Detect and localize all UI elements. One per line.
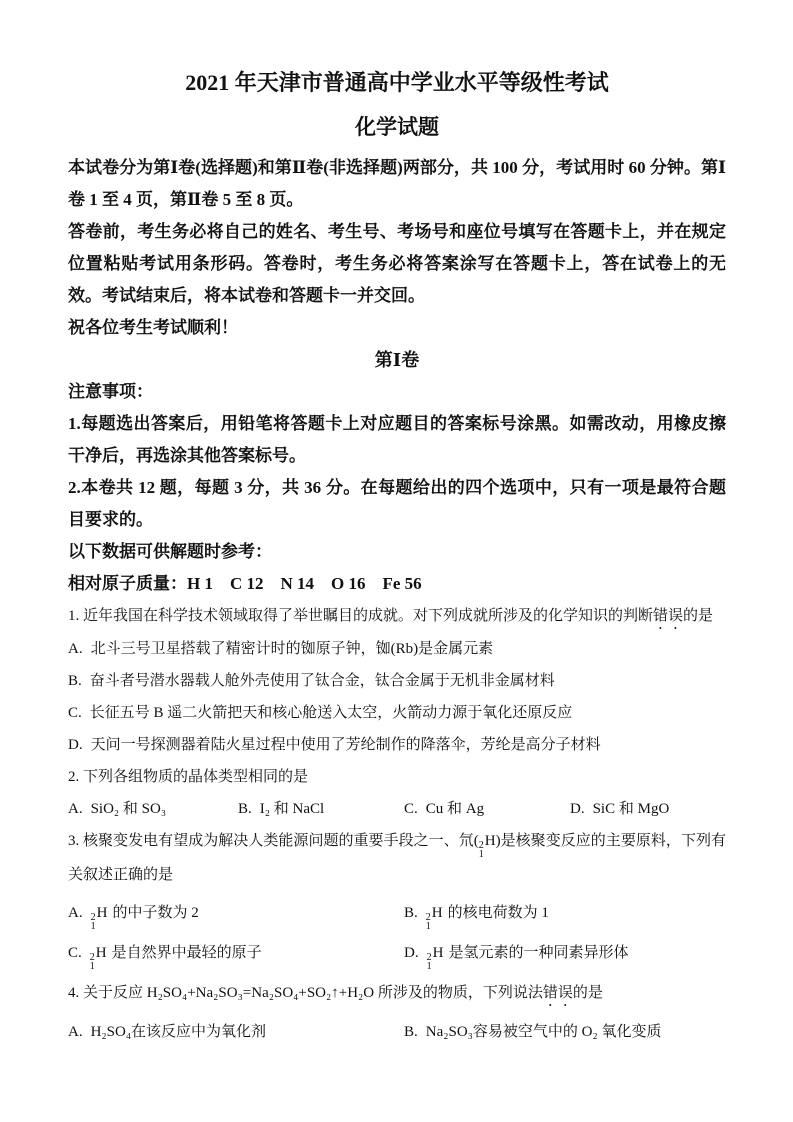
option-label: A.: [68, 801, 83, 817]
question-4-option-a: A.H₂SO₄在该反应中为氧化剂: [68, 1016, 404, 1048]
question-3-option-d: D.21H是氢元素的一种同素异形体: [404, 937, 628, 971]
option-label: B.: [68, 673, 82, 689]
question-1-stem-emphasis: 错误: [653, 608, 683, 624]
question-3-options-row-1: A.21H的中子数为 2 B.21H的核电荷数为 1: [68, 897, 726, 931]
option-label: A.: [68, 905, 83, 921]
option-text: 长征五号 B 遥二火箭把天和核心舱送入太空，火箭动力源于氧化还原反应: [90, 705, 573, 721]
option-label: D.: [404, 945, 419, 961]
option-text: 奋斗者号潜水器载人舱外壳使用了钛合金，钛合金属于无机非金属材料: [90, 673, 555, 689]
question-2: 2. 下列各组物质的晶体类型相同的是 A.SiO₂ 和 SO₃ B.I₂ 和 N…: [68, 761, 726, 825]
option-text: 北斗三号卫星搭载了精密计时的铷原子钟，铷(Rb)是金属元素: [91, 641, 494, 657]
isotope-symbol: H: [433, 945, 444, 961]
question-4-stem-post: 的是: [573, 985, 603, 1001]
isotope-notation: 21H: [90, 945, 107, 961]
option-text: 天问一号探测器着陆火星过程中使用了芳纶制作的降落伞，芳纶是高分子材料: [91, 737, 601, 753]
option-text: H₂SO₄在该反应中为氧化剂: [91, 1024, 266, 1040]
question-4: 4. 关于反应 H₂SO₄+Na₂SO₃=Na₂SO₄+SO₂↑+H₂O 所涉及…: [68, 977, 726, 1048]
option-label: D.: [570, 801, 585, 817]
question-3: 3. 核聚变发电有望成为解决人类能源问题的重要手段之一、氘(21H)是核聚变反应…: [68, 825, 726, 971]
isotope-notation: 21H: [479, 833, 496, 849]
question-3-stem: 3. 核聚变发电有望成为解决人类能源问题的重要手段之一、氘(21H)是核聚变反应…: [68, 825, 726, 891]
question-2-option-d: D.SiC 和 MgO: [570, 793, 669, 825]
option-text: I₂ 和 NaCl: [260, 801, 324, 817]
question-4-stem-emphasis: 错误: [543, 985, 573, 1001]
intro-wish: 祝各位考生考试顺利！: [68, 312, 726, 344]
option-label: C.: [68, 705, 82, 721]
question-1-stem: 1. 近年我国在科学技术领域取得了举世瞩目的成就。对下列成就所涉及的化学知识的判…: [68, 600, 726, 633]
question-3-option-a: A.21H的中子数为 2: [68, 897, 404, 931]
option-text: SiC 和 MgO: [593, 801, 670, 817]
question-2-stem: 2. 下列各组物质的晶体类型相同的是: [68, 761, 726, 793]
isotope-atomic-number: 1: [91, 922, 96, 931]
question-1-stem-pre: 1. 近年我国在科学技术领域取得了举世瞩目的成就。对下列成就所涉及的化学知识的判…: [68, 608, 653, 624]
isotope-atomic-number: 1: [427, 962, 432, 971]
question-4-stem-pre: 4. 关于反应 H₂SO₄+Na₂SO₃=Na₂SO₄+SO₂↑+H₂O 所涉及…: [68, 985, 543, 1001]
question-4-options: A.H₂SO₄在该反应中为氧化剂 B.Na₂SO₃容易被空气中的 O₂ 氧化变质: [68, 1016, 726, 1048]
question-3-options-row-2: C.21H是自然界中最轻的原子 D.21H是氢元素的一种同素异形体: [68, 937, 726, 971]
question-2-options: A.SiO₂ 和 SO₃ B.I₂ 和 NaCl C.Cu 和 Ag D.SiC…: [68, 793, 726, 825]
option-label: A.: [68, 1024, 83, 1040]
question-2-option-a: A.SiO₂ 和 SO₃: [68, 793, 238, 825]
question-4-option-b: B.Na₂SO₃容易被空气中的 O₂ 氧化变质: [404, 1016, 661, 1048]
isotope-notation: 21H: [427, 945, 444, 961]
option-label: C.: [68, 945, 82, 961]
option-label: C.: [404, 801, 418, 817]
question-3-stem-pre: 3. 核聚变发电有望成为解决人类能源问题的重要手段之一、氘(: [68, 833, 479, 849]
isotope-symbol: H: [485, 833, 496, 849]
question-1-option-d: D.天问一号探测器着陆火星过程中使用了芳纶制作的降落伞，芳纶是高分子材料: [68, 729, 726, 761]
question-2-option-b: B.I₂ 和 NaCl: [238, 793, 404, 825]
option-label: A.: [68, 641, 83, 657]
option-text: 的中子数为 2: [112, 905, 198, 921]
notice-item-1: 1.每题选出答案后，用铅笔将答题卡上对应题目的答案标号涂黑。如需改动，用橡皮擦干…: [68, 408, 726, 472]
question-1-option-a: A.北斗三号卫星搭载了精密计时的铷原子钟，铷(Rb)是金属元素: [68, 633, 726, 665]
page-title: 2021 年天津市普通高中学业水平等级性考试: [68, 68, 726, 98]
notice-item-2: 2.本卷共 12 题，每题 3 分，共 36 分。在每题给出的四个选项中，只有一…: [68, 472, 726, 536]
option-text: 是自然界中最轻的原子: [112, 945, 262, 961]
option-text: Na₂SO₃容易被空气中的 O₂ 氧化变质: [426, 1024, 662, 1040]
isotope-atomic-number: 1: [90, 962, 95, 971]
option-text: 的核电荷数为 1: [448, 905, 549, 921]
intro-paragraph-2: 答卷前，考生务必将自己的姓名、考生号、考场号和座位号填写在答题卡上，并在规定位置…: [68, 216, 726, 312]
question-1: 1. 近年我国在科学技术领域取得了举世瞩目的成就。对下列成就所涉及的化学知识的判…: [68, 600, 726, 761]
isotope-symbol: H: [96, 945, 107, 961]
question-2-option-c: C.Cu 和 Ag: [404, 793, 570, 825]
question-1-stem-post: 的是: [683, 608, 713, 624]
option-text: Cu 和 Ag: [426, 801, 484, 817]
option-text: SiO₂ 和 SO₃: [91, 801, 166, 817]
option-label: B.: [238, 801, 252, 817]
question-4-stem: 4. 关于反应 H₂SO₄+Na₂SO₃=Na₂SO₄+SO₂↑+H₂O 所涉及…: [68, 977, 726, 1010]
atomic-mass-line: 相对原子质量：H 1 C 12 N 14 O 16 Fe 56: [68, 568, 726, 600]
exam-subtitle: 化学试题: [68, 112, 726, 142]
isotope-symbol: H: [432, 905, 443, 921]
section-1-heading: 第Ⅰ卷: [68, 344, 726, 376]
question-1-option-c: C.长征五号 B 遥二火箭把天和核心舱送入太空，火箭动力源于氧化还原反应: [68, 697, 726, 729]
question-3-option-b: B.21H的核电荷数为 1: [404, 897, 549, 931]
isotope-notation: 21H: [91, 905, 108, 921]
question-3-option-c: C.21H是自然界中最轻的原子: [68, 937, 404, 971]
isotope-atomic-number: 1: [426, 922, 431, 931]
option-label: B.: [404, 1024, 418, 1040]
reference-hint: 以下数据可供解题时参考：: [68, 536, 726, 568]
notice-title: 注意事项：: [68, 376, 726, 408]
isotope-notation: 21H: [426, 905, 443, 921]
intro-paragraph-1: 本试卷分为第Ⅰ卷(选择题)和第Ⅱ卷(非选择题)两部分，共 100 分，考试用时 …: [68, 152, 726, 216]
option-label: B.: [404, 905, 418, 921]
isotope-symbol: H: [97, 905, 108, 921]
option-text: 是氢元素的一种同素异形体: [448, 945, 628, 961]
isotope-atomic-number: 1: [479, 850, 484, 859]
option-label: D.: [68, 737, 83, 753]
exam-page: 2021 年天津市普通高中学业水平等级性考试 化学试题 本试卷分为第Ⅰ卷(选择题…: [0, 0, 793, 1122]
question-1-option-b: B.奋斗者号潜水器载人舱外壳使用了钛合金，钛合金属于无机非金属材料: [68, 665, 726, 697]
